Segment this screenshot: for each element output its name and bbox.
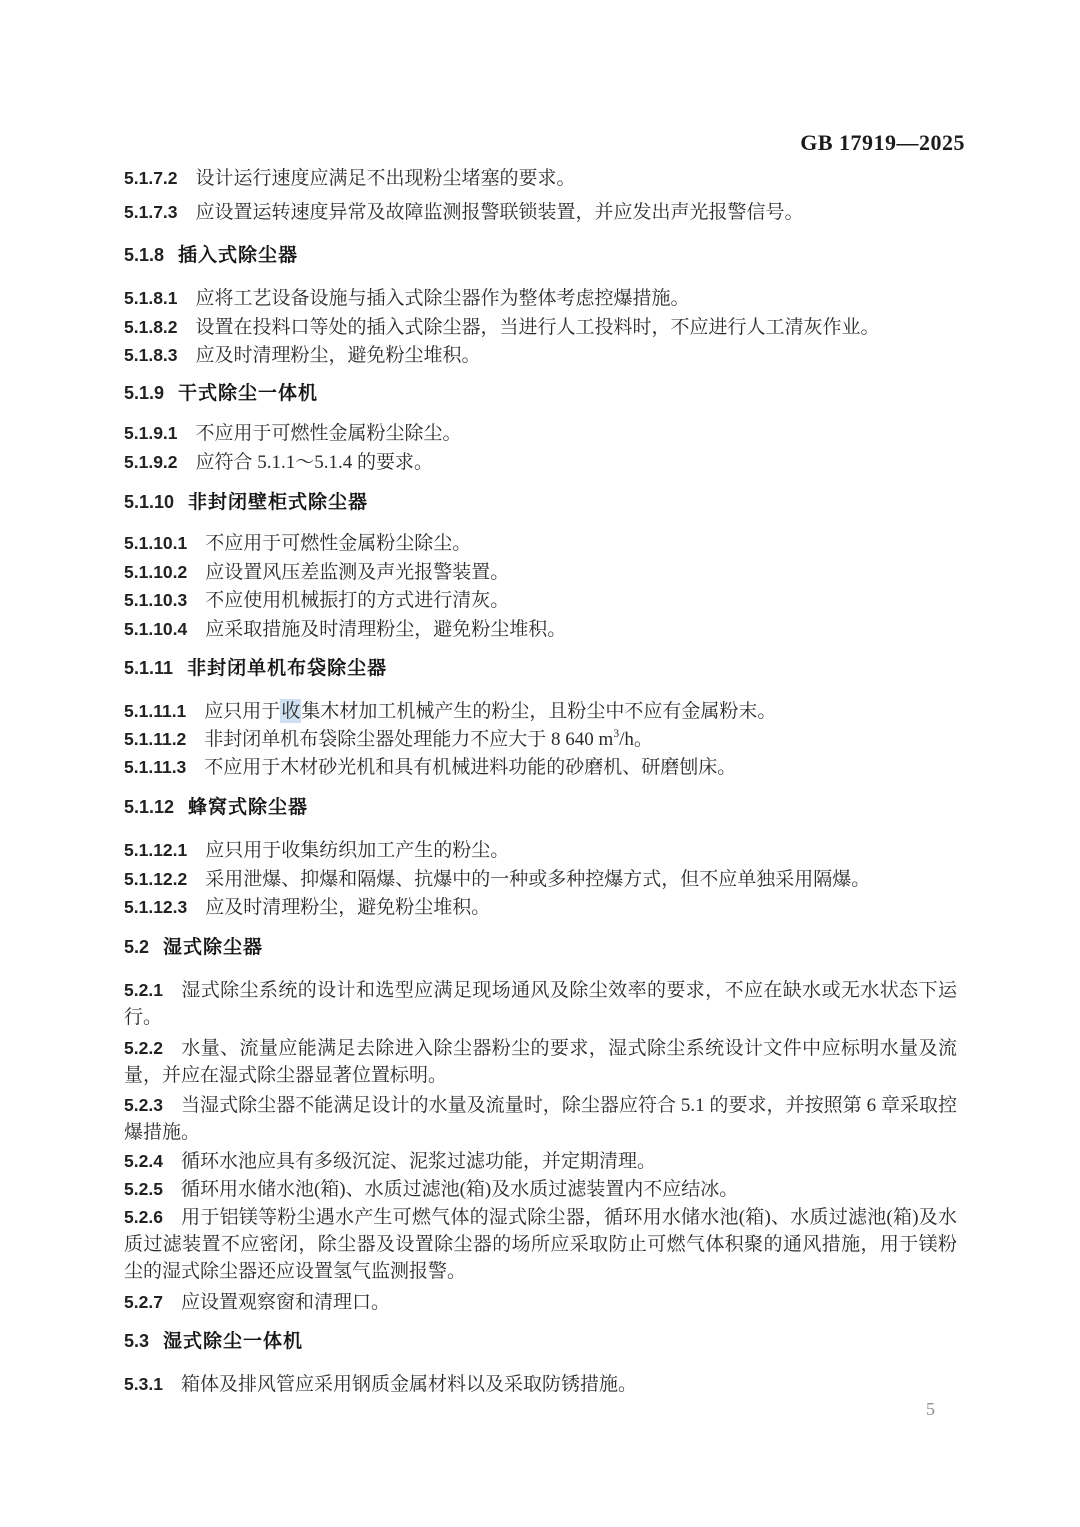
clause-5.2.2: 5.2.2水量、流量应能满足去除进入除尘器粉尘的要求，湿式除尘系统设计文件中应标… bbox=[124, 1035, 957, 1089]
page-number: 5 bbox=[926, 1399, 935, 1420]
clause-number: 5.2.7 bbox=[124, 1292, 163, 1312]
clause-number: 5.1.11.3 bbox=[124, 757, 186, 777]
clause-number: 5.1.10.4 bbox=[124, 619, 187, 639]
clause-text: 循环用水储水池(箱)、水质过滤池(箱)及水质过滤装置内不应结冰。 bbox=[181, 1179, 738, 1200]
clause-5.2.3: 5.2.3当湿式除尘器不能满足设计的水量及流量时，除尘器应符合 5.1 的要求，… bbox=[124, 1092, 957, 1146]
clause-text: 应设置运转速度异常及故障监测报警联锁装置，并应发出声光报警信号。 bbox=[196, 202, 804, 223]
heading-5.1.10: 5.1.10非封闭壁柜式除尘器 bbox=[124, 489, 957, 516]
clause-5.1.7.3: 5.1.7.3应设置运转速度异常及故障监测报警联锁装置，并应发出声光报警信号。 bbox=[124, 199, 957, 226]
clause-number: 5.1.8 bbox=[124, 245, 164, 265]
clause-number: 5.1.9 bbox=[124, 383, 164, 403]
clause-number: 5.3 bbox=[124, 1331, 149, 1351]
clause-text: 不应用于木材砂光机和具有机械进料功能的砂磨机、研磨刨床。 bbox=[204, 757, 736, 778]
clause-number: 5.2 bbox=[124, 937, 149, 957]
clause-number: 5.1.9.1 bbox=[124, 423, 178, 443]
clause-number: 5.1.12 bbox=[124, 797, 174, 817]
clause-number: 5.1.11.2 bbox=[124, 729, 186, 749]
clause-number: 5.1.8.2 bbox=[124, 317, 178, 337]
clause-5.1.11.1: 5.1.11.1应只用于收集木材加工机械产生的粉尘，且粉尘中不应有金属粉末。 bbox=[124, 698, 957, 725]
clause-text: 应设置风压差监测及声光报警装置。 bbox=[205, 562, 509, 583]
clause-text: 应及时清理粉尘，避免粉尘堆积。 bbox=[196, 345, 481, 366]
clause-5.3.1: 5.3.1箱体及排风管应采用钢质金属材料以及采取防锈措施。 bbox=[124, 1371, 957, 1398]
clause-5.1.12.2: 5.1.12.2采用泄爆、抑爆和隔爆、抗爆中的一种或多种控爆方式，但不应单独采用… bbox=[124, 866, 957, 893]
clause-5.1.12.1: 5.1.12.1应只用于收集纺织加工产生的粉尘。 bbox=[124, 837, 957, 864]
clause-5.1.8.2: 5.1.8.2设置在投料口等处的插入式除尘器，当进行人工投料时，不应进行人工清灰… bbox=[124, 314, 957, 341]
heading-5.1.8: 5.1.8插入式除尘器 bbox=[124, 242, 957, 269]
document-page: GB 17919—2025 5.1.7.2设计运行速度应满足不出现粉尘堵塞的要求… bbox=[0, 0, 1080, 1527]
clause-number: 5.2.2 bbox=[124, 1038, 163, 1058]
clause-5.1.10.4: 5.1.10.4应采取措施及时清理粉尘，避免粉尘堆积。 bbox=[124, 616, 957, 643]
clause-text: 应只用于收集纺织加工产生的粉尘。 bbox=[205, 840, 509, 861]
clause-5.1.9.2: 5.1.9.2应符合 5.1.1～5.1.4 的要求。 bbox=[124, 449, 957, 476]
clause-number: 5.1.10.3 bbox=[124, 590, 187, 610]
heading-5.1.11: 5.1.11非封闭单机布袋除尘器 bbox=[124, 655, 957, 682]
clause-5.1.8.1: 5.1.8.1应将工艺设备设施与插入式除尘器作为整体考虑控爆措施。 bbox=[124, 285, 957, 312]
clause-text: 应只用于收集木材加工机械产生的粉尘，且粉尘中不应有金属粉末。 bbox=[204, 699, 776, 723]
clause-text: 应设置观察窗和清理口。 bbox=[181, 1292, 390, 1313]
clause-text: 不应用于可燃性金属粉尘除尘。 bbox=[196, 423, 462, 444]
clause-number: 5.1.12.3 bbox=[124, 897, 187, 917]
clause-number: 5.1.12.2 bbox=[124, 869, 187, 889]
clause-number: 5.1.10.1 bbox=[124, 533, 187, 553]
heading-5.1.12: 5.1.12蜂窝式除尘器 bbox=[124, 794, 957, 821]
clause-number: 5.3.1 bbox=[124, 1374, 163, 1394]
clause-text: 应将工艺设备设施与插入式除尘器作为整体考虑控爆措施。 bbox=[196, 288, 690, 309]
heading-text: 湿式除尘器 bbox=[163, 937, 263, 958]
clause-text: 应及时清理粉尘，避免粉尘堆积。 bbox=[205, 897, 490, 918]
clause-5.1.10.1: 5.1.10.1不应用于可燃性金属粉尘除尘。 bbox=[124, 530, 957, 557]
clause-number: 5.1.7.2 bbox=[124, 168, 178, 188]
document-content: 5.1.7.2设计运行速度应满足不出现粉尘堵塞的要求。5.1.7.3应设置运转速… bbox=[124, 0, 957, 1527]
clause-5.2.7: 5.2.7应设置观察窗和清理口。 bbox=[124, 1289, 957, 1316]
clause-text: 当湿式除尘器不能满足设计的水量及流量时，除尘器应符合 5.1 的要求，并按照第 … bbox=[124, 1095, 957, 1143]
heading-5.1.9: 5.1.9干式除尘一体机 bbox=[124, 380, 957, 407]
clause-text: 不应用于可燃性金属粉尘除尘。 bbox=[205, 533, 471, 554]
clause-number: 5.1.10 bbox=[124, 492, 174, 512]
heading-text: 干式除尘一体机 bbox=[178, 383, 318, 404]
clause-5.1.11.2: 5.1.11.2非封闭单机布袋除尘器处理能力不应大于 8 640 m3/h。 bbox=[124, 726, 957, 753]
clause-number: 5.2.1 bbox=[124, 980, 163, 1000]
clause-text: 不应使用机械振打的方式进行清灰。 bbox=[205, 590, 509, 611]
clause-text: 应采取措施及时清理粉尘，避免粉尘堆积。 bbox=[205, 619, 566, 640]
clause-number: 5.2.4 bbox=[124, 1151, 163, 1171]
clause-number: 5.1.8.1 bbox=[124, 288, 178, 308]
clause-text: 循环水池应具有多级沉淀、泥浆过滤功能，并定期清理。 bbox=[181, 1151, 656, 1172]
heading-text: 湿式除尘一体机 bbox=[163, 1331, 303, 1352]
heading-5.2: 5.2湿式除尘器 bbox=[124, 934, 957, 961]
clause-text: 用于铝镁等粉尘遇水产生可燃气体的湿式除尘器，循环用水储水池(箱)、水质过滤池(箱… bbox=[124, 1207, 957, 1282]
clause-number: 5.2.3 bbox=[124, 1095, 163, 1115]
clause-5.1.8.3: 5.1.8.3应及时清理粉尘，避免粉尘堆积。 bbox=[124, 342, 957, 369]
heading-text: 非封闭单机布袋除尘器 bbox=[187, 658, 387, 679]
clause-number: 5.1.8.3 bbox=[124, 345, 178, 365]
clause-number: 5.2.5 bbox=[124, 1179, 163, 1199]
clause-text: 应符合 5.1.1～5.1.4 的要求。 bbox=[196, 452, 434, 473]
clause-5.1.7.2: 5.1.7.2设计运行速度应满足不出现粉尘堵塞的要求。 bbox=[124, 165, 957, 192]
clause-text: 箱体及排风管应采用钢质金属材料以及采取防锈措施。 bbox=[181, 1374, 637, 1395]
clause-text: 设计运行速度应满足不出现粉尘堵塞的要求。 bbox=[196, 168, 576, 189]
text-selection-highlight: 收 bbox=[280, 699, 301, 723]
clause-number: 5.1.11 bbox=[124, 658, 173, 678]
clause-number: 5.1.10.2 bbox=[124, 562, 187, 582]
clause-number: 5.1.11.1 bbox=[124, 701, 186, 721]
clause-5.2.1: 5.2.1湿式除尘系统的设计和选型应满足现场通风及除尘效率的要求，不应在缺水或无… bbox=[124, 977, 957, 1031]
clause-5.2.6: 5.2.6用于铝镁等粉尘遇水产生可燃气体的湿式除尘器，循环用水储水池(箱)、水质… bbox=[124, 1204, 957, 1285]
clause-number: 5.1.9.2 bbox=[124, 452, 178, 472]
clause-number: 5.1.7.3 bbox=[124, 202, 178, 222]
clause-text: 采用泄爆、抑爆和隔爆、抗爆中的一种或多种控爆方式，但不应单独采用隔爆。 bbox=[205, 869, 870, 890]
clause-5.2.4: 5.2.4循环水池应具有多级沉淀、泥浆过滤功能，并定期清理。 bbox=[124, 1148, 957, 1175]
clause-text: 非封闭单机布袋除尘器处理能力不应大于 8 640 m3/h。 bbox=[204, 729, 653, 750]
heading-text: 非封闭壁柜式除尘器 bbox=[188, 492, 368, 513]
clause-number: 5.2.6 bbox=[124, 1207, 163, 1227]
clause-5.1.10.2: 5.1.10.2应设置风压差监测及声光报警装置。 bbox=[124, 559, 957, 586]
clause-5.1.10.3: 5.1.10.3不应使用机械振打的方式进行清灰。 bbox=[124, 587, 957, 614]
clause-text: 水量、流量应能满足去除进入除尘器粉尘的要求，湿式除尘系统设计文件中应标明水量及流… bbox=[124, 1038, 957, 1086]
clause-text: 设置在投料口等处的插入式除尘器，当进行人工投料时，不应进行人工清灰作业。 bbox=[196, 317, 880, 338]
clause-text: 湿式除尘系统的设计和选型应满足现场通风及除尘效率的要求，不应在缺水或无水状态下运… bbox=[124, 980, 957, 1028]
clause-5.1.9.1: 5.1.9.1不应用于可燃性金属粉尘除尘。 bbox=[124, 420, 957, 447]
clause-5.1.12.3: 5.1.12.3应及时清理粉尘，避免粉尘堆积。 bbox=[124, 894, 957, 921]
clause-number: 5.1.12.1 bbox=[124, 840, 187, 860]
heading-5.3: 5.3湿式除尘一体机 bbox=[124, 1328, 957, 1355]
heading-text: 插入式除尘器 bbox=[178, 245, 298, 266]
heading-text: 蜂窝式除尘器 bbox=[188, 797, 308, 818]
clause-5.1.11.3: 5.1.11.3不应用于木材砂光机和具有机械进料功能的砂磨机、研磨刨床。 bbox=[124, 754, 957, 781]
clause-5.2.5: 5.2.5循环用水储水池(箱)、水质过滤池(箱)及水质过滤装置内不应结冰。 bbox=[124, 1176, 957, 1203]
